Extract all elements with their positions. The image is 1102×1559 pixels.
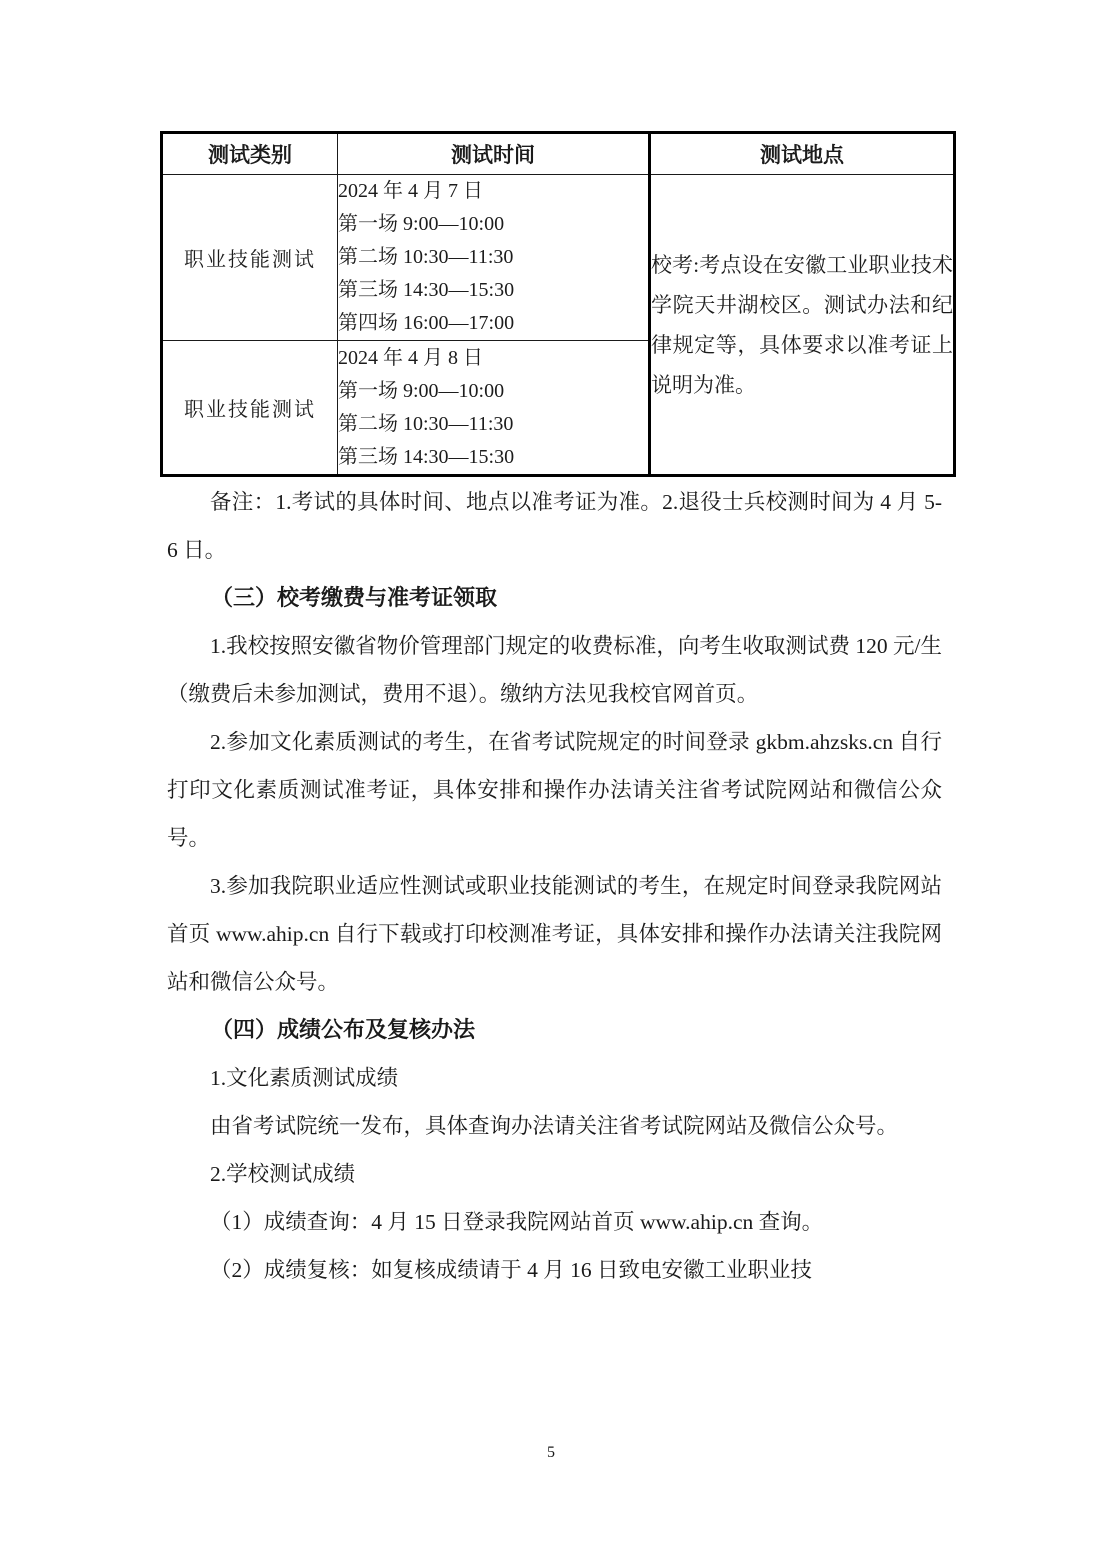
- time-cell-day1: 2024 年 4 月 7 日 第一场 9:00—10:00 第二场 10:30—…: [338, 175, 650, 341]
- document-page: 测试类别 测试时间 测试地点 职业技能测试 2024 年 4 月 7 日 第一场…: [0, 0, 1102, 1559]
- item-culture-score-title: 1.文化素质测试成绩: [167, 1054, 942, 1102]
- category-cell-day2: 职业技能测试: [162, 341, 338, 476]
- table-header-row: 测试类别 测试时间 测试地点: [162, 133, 955, 175]
- time-line: 第一场 9:00—10:00: [338, 208, 648, 241]
- paragraph-school-test-ticket: 3.参加我院职业适应性测试或职业技能测试的考生，在规定时间登录我院网站首页 ww…: [167, 862, 942, 1006]
- exam-schedule-table: 测试类别 测试时间 测试地点 职业技能测试 2024 年 4 月 7 日 第一场…: [160, 131, 956, 477]
- section-heading-4: （四）成绩公布及复核办法: [167, 1006, 942, 1054]
- time-line: 2024 年 4 月 7 日: [338, 175, 648, 208]
- table-row-day1: 职业技能测试 2024 年 4 月 7 日 第一场 9:00—10:00 第二场…: [162, 175, 955, 341]
- item-culture-score-body: 由省考试院统一发布，具体查询办法请关注省考试院网站及微信公众号。: [167, 1102, 942, 1150]
- note-paragraph: 备注：1.考试的具体时间、地点以准考证为准。2.退役士兵校测时间为 4 月 5-…: [167, 478, 942, 574]
- location-cell: 校考:考点设在安徽工业职业技术学院天井湖校区。测试办法和纪律规定等，具体要求以准…: [650, 175, 955, 476]
- section-heading-3: （三）校考缴费与准考证领取: [167, 574, 942, 622]
- item-score-review: （2）成绩复核：如复核成绩请于 4 月 16 日致电安徽工业职业技: [167, 1246, 942, 1294]
- header-test-time: 测试时间: [338, 133, 650, 175]
- time-cell-day2: 2024 年 4 月 8 日 第一场 9:00—10:00 第二场 10:30—…: [338, 341, 650, 476]
- category-cell-day1: 职业技能测试: [162, 175, 338, 341]
- time-line: 第三场 14:30—15:30: [338, 274, 648, 307]
- page-number: 5: [0, 1444, 1102, 1462]
- time-line: 第二场 10:30—11:30: [338, 408, 648, 441]
- time-line: 第一场 9:00—10:00: [338, 375, 648, 408]
- item-score-query: （1）成绩查询：4 月 15 日登录我院网站首页 www.ahip.cn 查询。: [167, 1198, 942, 1246]
- header-test-category: 测试类别: [162, 133, 338, 175]
- time-line: 第三场 14:30—15:30: [338, 441, 648, 474]
- time-line: 2024 年 4 月 8 日: [338, 342, 648, 375]
- document-body: 备注：1.考试的具体时间、地点以准考证为准。2.退役士兵校测时间为 4 月 5-…: [167, 478, 942, 1294]
- paragraph-culture-test-ticket: 2.参加文化素质测试的考生，在省考试院规定的时间登录 gkbm.ahzsks.c…: [167, 718, 942, 862]
- time-line: 第二场 10:30—11:30: [338, 241, 648, 274]
- time-line: 第四场 16:00—17:00: [338, 307, 648, 340]
- item-school-score-title: 2.学校测试成绩: [167, 1150, 942, 1198]
- header-test-location: 测试地点: [650, 133, 955, 175]
- paragraph-fee: 1.我校按照安徽省物价管理部门规定的收费标准，向考生收取测试费 120 元/生（…: [167, 622, 942, 718]
